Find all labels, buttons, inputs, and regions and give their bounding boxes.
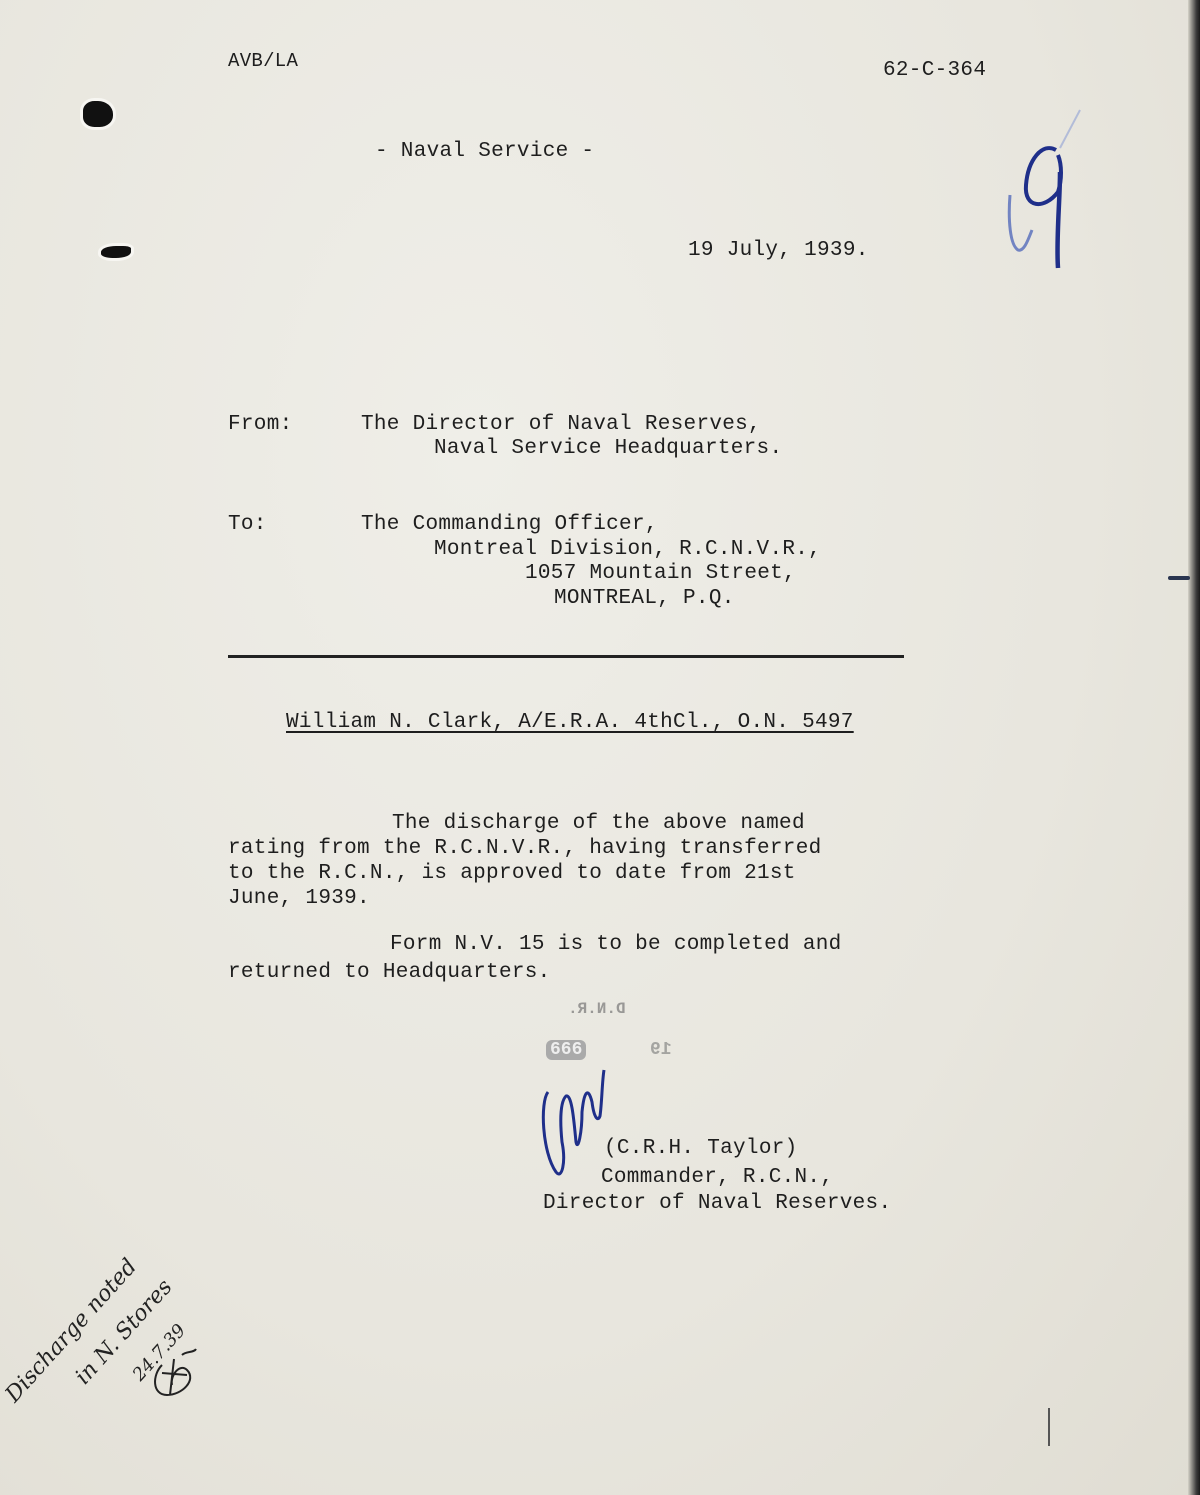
body-para1-line4: June, 1939. (228, 886, 370, 912)
signatory-title: Director of Naval Reserves. (543, 1191, 891, 1217)
service-heading: - Naval Service - (375, 139, 594, 165)
body-para1-line2: rating from the R.C.N.V.R., having trans… (228, 836, 822, 862)
body-para2-line2: returned to Headquarters. (228, 960, 551, 986)
annotation-initials (142, 1345, 202, 1405)
received-stamp-number: 666 (546, 1040, 586, 1060)
subject-line: William N. Clark, A/E.R.A. 4thCl., O.N. … (286, 710, 854, 736)
margin-mark (1168, 576, 1190, 580)
from-label: From: (228, 412, 293, 438)
to-line-1: The Commanding Officer, (361, 512, 658, 538)
punch-hole (80, 98, 116, 130)
body-para1-line1: The discharge of the above named (392, 811, 805, 837)
punch-hole (98, 243, 134, 261)
to-line-3: 1057 Mountain Street, (525, 561, 796, 587)
signatory-rank: Commander, R.C.N., (601, 1165, 833, 1191)
reference-left: AVB/LA (228, 48, 298, 74)
to-label: To: (228, 512, 267, 538)
reference-right: 62-C-364 (883, 58, 986, 84)
separator-rule (228, 655, 904, 658)
to-line-4: MONTREAL, P.Q. (554, 586, 735, 612)
received-stamp-top: D.N.R. (568, 1000, 626, 1018)
from-line-2: Naval Service Headquarters. (434, 436, 782, 462)
body-para2-line1: Form N.V. 15 is to be completed and (390, 932, 842, 958)
signatory-name: (C.R.H. Taylor) (604, 1136, 798, 1162)
page-edge (1188, 0, 1200, 1495)
pencil-mark (1048, 1408, 1050, 1446)
letter-date: 19 July, 1939. (688, 238, 869, 264)
handwritten-folio-number (1000, 100, 1100, 280)
handwritten-signature (538, 1062, 638, 1182)
to-line-2: Montreal Division, R.C.N.V.R., (434, 537, 821, 563)
from-line-1: The Director of Naval Reserves, (361, 412, 761, 438)
received-stamp-day: 19 (650, 1040, 672, 1060)
body-para1-line3: to the R.C.N., is approved to date from … (228, 861, 796, 887)
